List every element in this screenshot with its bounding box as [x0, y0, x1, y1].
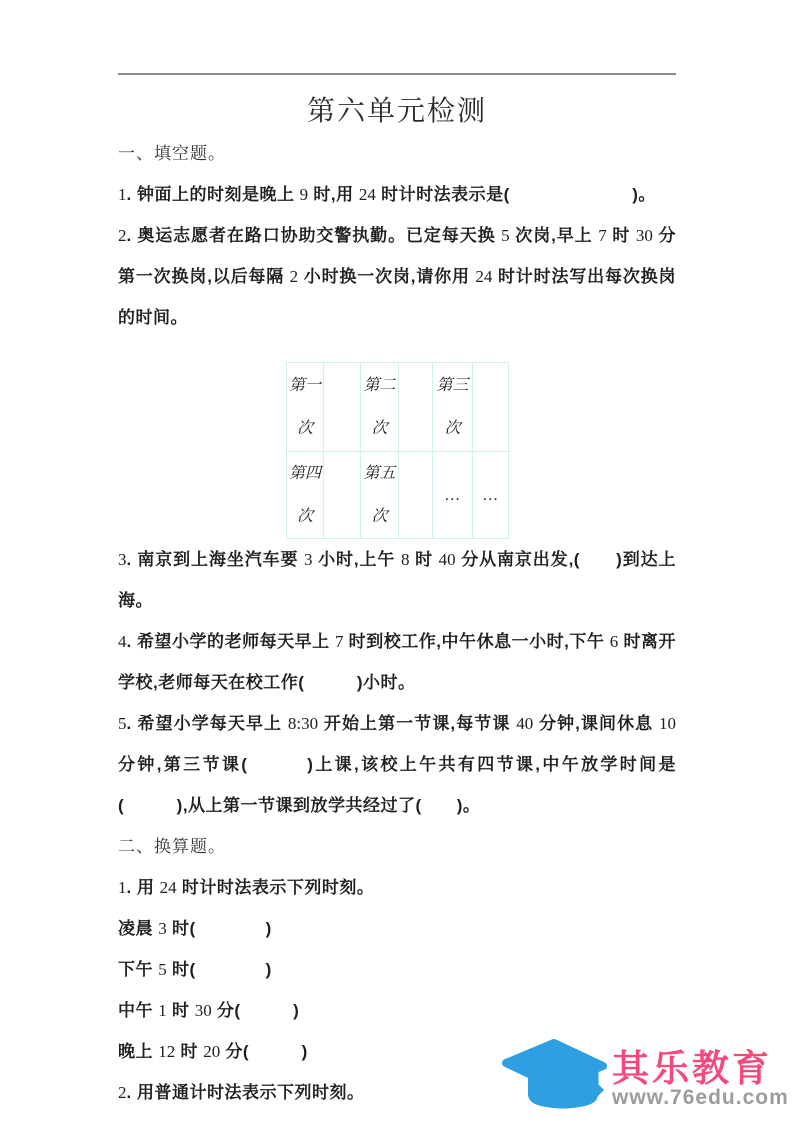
conversion-item-early-morning: 凌晨 3 时( )	[118, 908, 676, 949]
table-cell-blank	[399, 363, 433, 452]
table-cell-ellipsis: …	[433, 452, 473, 539]
table-row: 第一 次 第二 次 第三 次	[287, 363, 509, 452]
table-cell-blank	[473, 363, 509, 452]
question-4: 4. 希望小学的老师每天早上 7 时到校工作,中午休息一小时,下午 6 时离开学…	[118, 621, 676, 703]
section-2-heading: 二、换算题。	[118, 826, 676, 867]
section-2-question-1: 1. 用 24 时计时法表示下列时刻。	[118, 867, 676, 908]
worksheet-content: 第六单元检测 一、填空题。 1. 钟面上的时刻是晚上 9 时,用 24 时计时法…	[118, 0, 676, 1113]
brand-url: www.76edu.com	[612, 1086, 789, 1110]
table-cell-blank	[324, 452, 361, 539]
question-5: 5. 希望小学每天早上 8:30 开始上第一节课,每节课 40 分钟,课间休息 …	[118, 703, 676, 826]
table-cell-third-shift: 第三 次	[433, 363, 473, 452]
question-3: 3. 南京到上海坐汽车要 3 小时,上午 8 时 40 分从南京出发,( )到达…	[118, 539, 676, 621]
table-cell-ellipsis: …	[473, 452, 509, 539]
brand-name: 其乐教育	[612, 1038, 772, 1092]
table-cell-first-shift: 第一 次	[287, 363, 324, 452]
table-row: 第四 次 第五 次 … …	[287, 452, 509, 539]
page-title: 第六单元检测	[118, 91, 676, 133]
table-cell-fourth-shift: 第四 次	[287, 452, 324, 539]
shift-times-table: 第一 次 第二 次 第三 次 第四 次 第五 次 … …	[286, 362, 509, 539]
table-cell-blank	[399, 452, 433, 539]
header-rule	[118, 73, 676, 75]
table-cell-second-shift: 第二 次	[361, 363, 399, 452]
section-1-heading: 一、填空题。	[118, 133, 676, 174]
table-cell-fifth-shift: 第五 次	[361, 452, 399, 539]
question-2: 2. 奥运志愿者在路口协助交警执勤。已定每天换 5 次岗,早上 7 时 30 分…	[118, 215, 676, 338]
conversion-item-noon: 中午 1 时 30 分( )	[118, 990, 676, 1031]
table-cell-blank	[324, 363, 361, 452]
question-1: 1. 钟面上的时刻是晚上 9 时,用 24 时计时法表示是( )。	[118, 174, 676, 215]
publisher-watermark: 其乐教育 www.76edu.com	[500, 1032, 792, 1122]
conversion-item-afternoon: 下午 5 时( )	[118, 949, 676, 990]
worksheet-page: 第六单元检测 一、填空题。 1. 钟面上的时刻是晚上 9 时,用 24 时计时法…	[0, 0, 793, 1122]
